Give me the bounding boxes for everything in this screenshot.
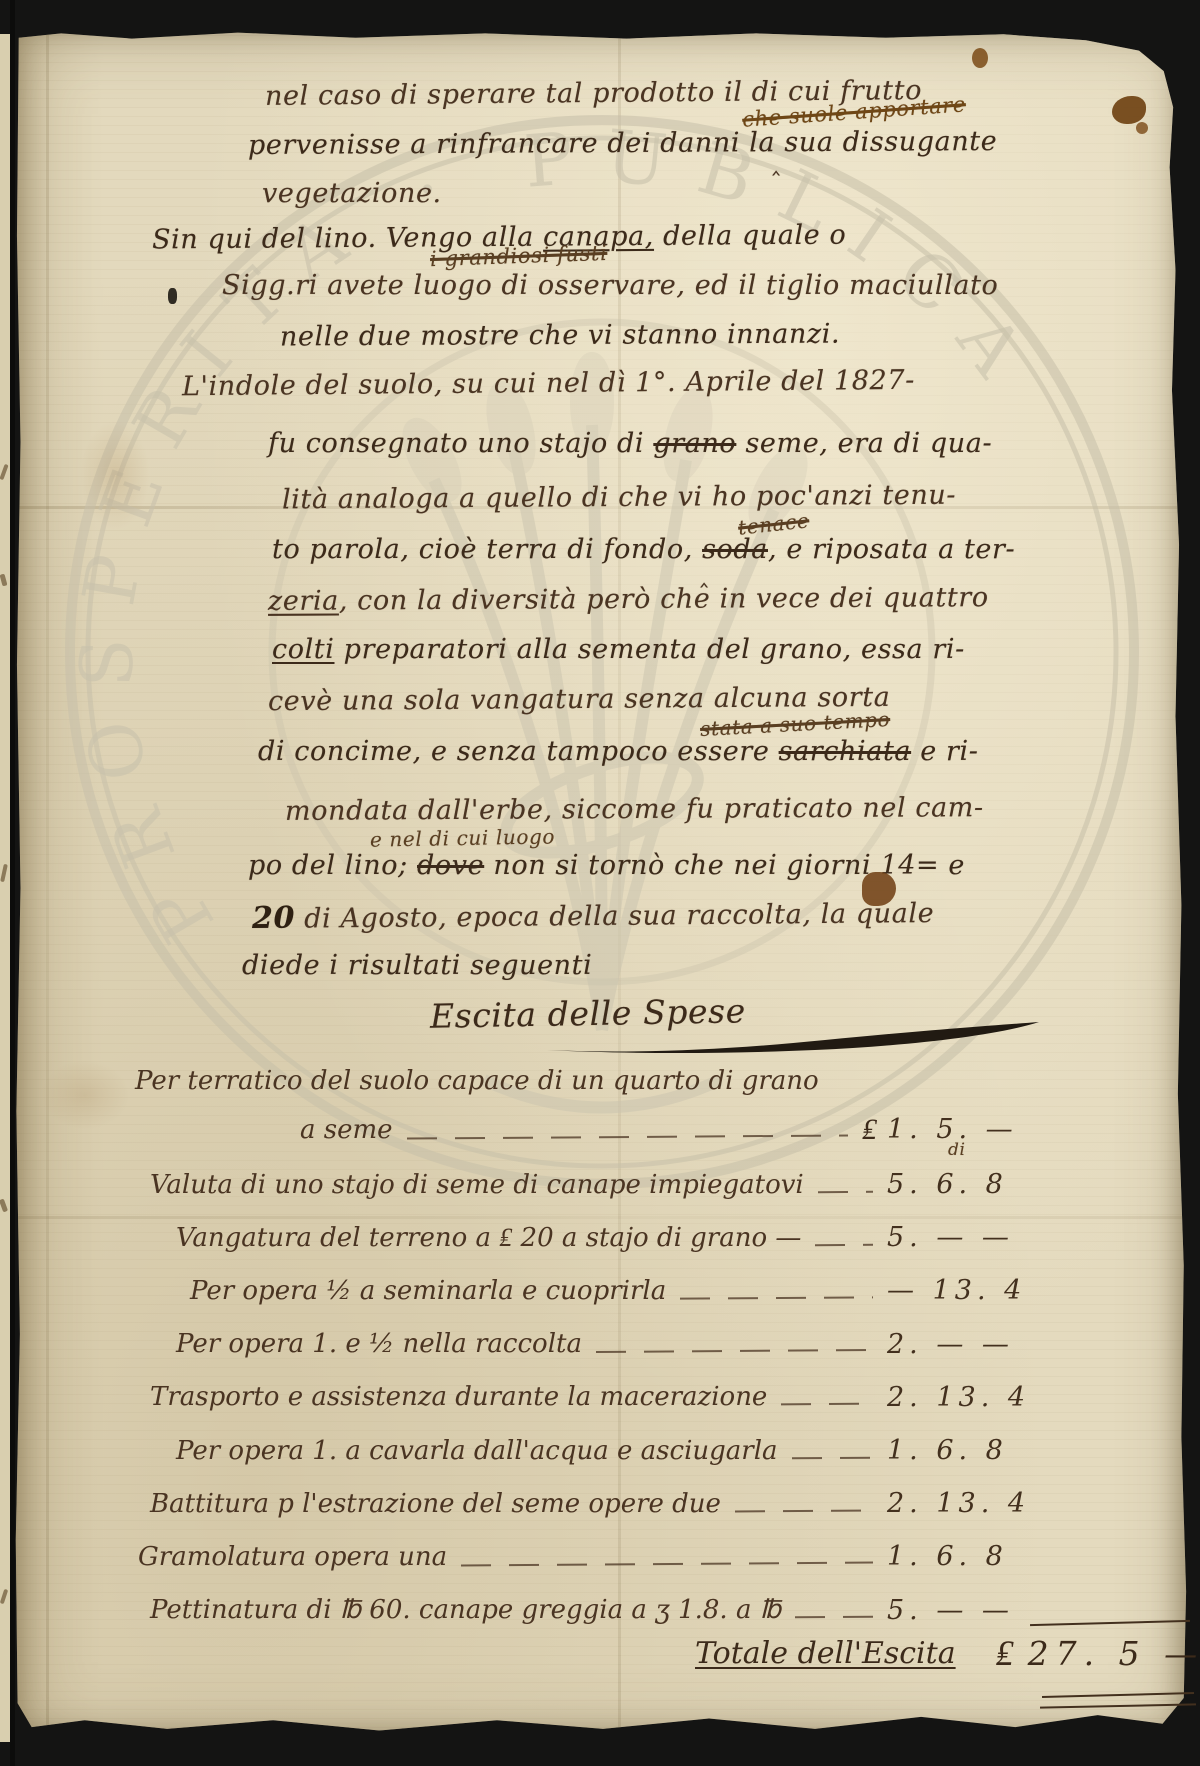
- expense-rows: Valuta di uno stajo di seme di canape im…: [150, 1158, 1062, 1637]
- expense-label: Trasporto e assistenza durante la macera…: [150, 1382, 767, 1412]
- ledger-row: Trasporto e assistenza durante la macera…: [150, 1371, 1062, 1424]
- struck-word: sarchiata: [779, 736, 911, 767]
- dash-leader: [815, 1244, 873, 1246]
- interline-note: i grandiosi fusti: [430, 241, 608, 271]
- ink-blot: [972, 48, 988, 68]
- total-rule: [1042, 1692, 1194, 1698]
- ledger-row: Gramolatura opera una 1. 6. 8: [138, 1530, 1062, 1583]
- insertion-caret: ‸: [772, 148, 781, 176]
- dash-leader: [781, 1403, 873, 1406]
- handwriting-layer: nel caso di sperare tal prodotto il di c…: [0, 0, 1200, 1766]
- dash-leader: [596, 1349, 873, 1353]
- manuscript-line: mondata dall'erbe, siccome fu praticato …: [285, 792, 984, 827]
- manuscript-line: diede i risultati seguenti: [242, 950, 592, 981]
- ledger-row: Per opera 1. e ½ nella raccolta 2. — —: [176, 1318, 1062, 1371]
- bold-number: 20: [252, 901, 295, 936]
- ledger-row: Vangatura del terreno a ₤ 20 a stajo di …: [176, 1211, 1062, 1264]
- ledger-row: Pettinatura di ℔ 60. canape greggia a ʒ …: [150, 1584, 1062, 1637]
- ink-blot: [1136, 122, 1148, 134]
- total-row: Totale dell'Escita ₤ 27. 5 —: [695, 1632, 1200, 1674]
- struck-word: soda: [702, 534, 768, 565]
- currency-sign: ₤: [996, 1632, 1014, 1674]
- paper-stain: [80, 420, 150, 530]
- expense-amount: 5. — —: [887, 1222, 1062, 1253]
- total-label: Totale dell'Escita: [695, 1636, 956, 1671]
- paper-stain: [40, 1060, 130, 1130]
- dash-leader: [818, 1190, 873, 1192]
- interline-note: e nel di cui luogo: [370, 824, 555, 851]
- expense-amount: 1. 6. 8: [887, 1541, 1062, 1572]
- expense-label: Gramolatura opera una: [138, 1542, 447, 1572]
- manuscript-line: to parola, cioè terra di fondo, soda, e …: [272, 534, 1015, 565]
- expense-label: Pettinatura di ℔ 60. canape greggia a ʒ …: [150, 1595, 781, 1625]
- underlined-word: colti: [272, 634, 335, 665]
- manuscript-scan: PROSPERITA · PUBLICA nel caso di sperar: [0, 0, 1200, 1766]
- manuscript-line: fu consegnato uno stajo di grano seme, e…: [268, 428, 992, 459]
- ledger-row: Battitura p l'estrazione del seme opere …: [150, 1477, 1062, 1530]
- expense-amount: 1. 6. 8: [887, 1435, 1062, 1466]
- ink-flourish: [545, 1020, 1045, 1056]
- dash-leader: [461, 1561, 873, 1566]
- expense-label: Battitura p l'estrazione del seme opere …: [150, 1489, 721, 1519]
- expense-label: Per opera 1. e ½ nella raccolta: [176, 1329, 582, 1359]
- manuscript-line: nelle due mostre che vi stanno innanzi.: [280, 319, 840, 353]
- expense-label: a seme: [300, 1115, 393, 1145]
- manuscript-line: lità analoga a quello di che vi ho poc'a…: [282, 480, 956, 516]
- expense-amount: 2. 13. 4: [887, 1382, 1062, 1413]
- manuscript-line: pervenisse a rinfrancare dei danni la su…: [248, 126, 997, 161]
- dash-leader: [680, 1296, 873, 1299]
- expense-label: Per opera ½ a seminarla e cuoprirla: [190, 1276, 666, 1306]
- currency-sign: ₤: [862, 1112, 877, 1147]
- manuscript-line: zeria, con la diversità però che in vece…: [268, 582, 989, 617]
- dash-leader: [735, 1509, 873, 1512]
- manuscript-line: di concime, e senza tampoco essere sarch…: [258, 736, 979, 767]
- dash-leader: [792, 1456, 873, 1459]
- manuscript-line: colti preparatori alla sementa del grano…: [272, 634, 965, 665]
- interline-note: di: [948, 1140, 966, 1160]
- total-rule: [1040, 1703, 1196, 1708]
- expense-label: Vangatura del terreno a ₤ 20 a stajo di …: [176, 1223, 801, 1253]
- expense-label: Per terratico del suolo capace di un qua…: [135, 1066, 819, 1096]
- manuscript-line: Sigg.ri avete luogo di osservare, ed il …: [222, 270, 998, 301]
- expense-amount: — 13. 4: [887, 1275, 1062, 1306]
- manuscript-line: vegetazione.: [262, 178, 442, 209]
- ledger-row: Per opera 1. a cavarla dall'acqua e asci…: [176, 1424, 1062, 1477]
- ink-mark: [168, 288, 177, 304]
- expense-amount: 5. — —: [887, 1595, 1062, 1626]
- expense-amount: 5. 6. 8: [887, 1169, 1062, 1200]
- expense-amount: 1. 5. —: [887, 1114, 1062, 1145]
- manuscript-line: 20 di Agosto, epoca della sua raccolta, …: [252, 895, 934, 936]
- dash-leader: [407, 1134, 848, 1139]
- dash-leader: [795, 1616, 873, 1619]
- ledger-row: Valuta di uno stajo di seme di canape im…: [150, 1158, 1062, 1211]
- manuscript-line: L'indole del suolo, su cui nel dì 1°. Ap…: [182, 365, 915, 402]
- struck-word: grano: [653, 428, 736, 459]
- struck-word: dove: [417, 850, 484, 881]
- underlined-word: zeria: [268, 586, 339, 617]
- expense-label: Per opera 1. a cavarla dall'acqua e asci…: [176, 1436, 778, 1466]
- expense-label: Valuta di uno stajo di seme di canape im…: [150, 1170, 804, 1200]
- ledger-row: Per terratico del suolo capace di un qua…: [135, 1066, 819, 1096]
- ledger-row: Per opera ½ a seminarla e cuoprirla — 13…: [190, 1264, 1062, 1317]
- expense-amount: 2. 13. 4: [887, 1488, 1062, 1519]
- expense-amount: 2. — —: [887, 1329, 1062, 1360]
- manuscript-line: po del lino; dove non si tornò che nei g…: [248, 850, 965, 881]
- total-amount: 27. 5 —: [1028, 1634, 1200, 1673]
